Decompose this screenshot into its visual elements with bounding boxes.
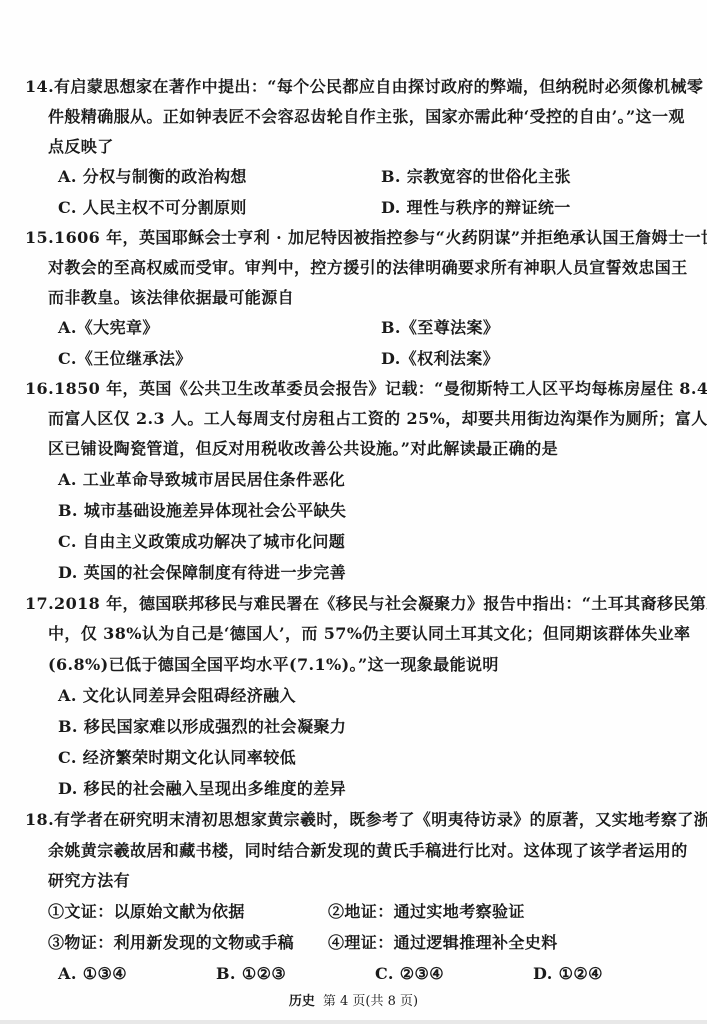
option-a[interactable]: A. 工业革命导致城市居民居住条件恶化 [58, 470, 345, 490]
option-b[interactable]: B. ①②③ [216, 964, 286, 984]
question-stem-line: 15.1606 年，英国耶稣会士亨利 · 加尼特因被指控参与“火药阴谋”并拒绝承… [25, 228, 707, 248]
question-stem-line: (6.8%)已低于德国全国平均水平(7.1%)。”这一现象最能说明 [48, 655, 499, 675]
question-stem-line: 件般精确服从。正如钟表匠不会容忍齿轮自作主张，国家亦需此种‘受控的自由’。”这一… [48, 107, 685, 127]
option-b[interactable]: B. 宗教宽容的世俗化主张 [381, 167, 571, 187]
option-a[interactable]: A. 分权与制衡的政治构想 [58, 167, 247, 187]
option-d[interactable]: D. 移民的社会融入呈现出多维度的差异 [58, 779, 346, 799]
option-c[interactable]: C. ②③④ [375, 964, 444, 984]
option-c[interactable]: C. 自由主义政策成功解决了城市化问题 [58, 532, 345, 552]
question-stem-line: 中，仅 38%认为自己是‘德国人’，而 57%仍主要认同土耳其文化；但同期该群体… [48, 624, 690, 644]
option-b[interactable]: B.《至尊法案》 [381, 318, 499, 338]
page-footer: 历史第 4 页(共 8 页) [0, 994, 707, 1010]
subject-label: 历史 [289, 994, 315, 1009]
question-stem-line: 14.有启蒙思想家在著作中提出：“每个公民都应自由探讨政府的弊端，但纳税时必须像… [25, 77, 703, 97]
option-d[interactable]: D.《权利法案》 [381, 349, 499, 369]
statement-1: ①文证：以原始文献为依据 [48, 902, 245, 922]
question-stem-line: 而非教皇。该法律依据最可能源自 [48, 288, 294, 308]
question-stem-line: 点反映了 [48, 137, 114, 157]
question-stem-line: 而富人区仅 2.3 人。工人每周支付房租占工资的 25%，却要共用街边沟渠作为厕… [48, 409, 707, 429]
exam-page: 14.有启蒙思想家在著作中提出：“每个公民都应自由探讨政府的弊端，但纳税时必须像… [0, 0, 707, 1024]
question-stem-line: 17.2018 年，德国联邦移民与难民署在《移民与社会凝聚力》报告中指出：“土耳… [25, 594, 707, 614]
question-stem-line: 18.有学者在研究明末清初思想家黄宗羲时，既参考了《明夷待访录》的原著，又实地考… [25, 810, 707, 830]
question-stem-line: 对教会的至高权威而受审。审判中，控方援引的法律明确要求所有神职人员宣誓效忠国王 [48, 258, 688, 278]
option-b[interactable]: B. 移民国家难以形成强烈的社会凝聚力 [58, 717, 346, 737]
page-number: 第 4 页(共 8 页) [323, 994, 418, 1009]
option-c[interactable]: C. 人民主权不可分割原则 [58, 198, 247, 218]
option-c[interactable]: C.《王位继承法》 [58, 349, 192, 369]
statement-4: ④理证：通过逻辑推理补全史料 [328, 933, 558, 953]
option-d[interactable]: D. 英国的社会保障制度有待进一步完善 [58, 563, 346, 583]
option-a[interactable]: A. 文化认同差异会阻碍经济融入 [58, 686, 296, 706]
option-a[interactable]: A.《大宪章》 [58, 318, 159, 338]
question-stem-line: 区已铺设陶瓷管道，但反对用税收改善公共设施。”对此解读最正确的是 [48, 439, 558, 459]
option-d[interactable]: D. ①②④ [533, 964, 603, 984]
option-c[interactable]: C. 经济繁荣时期文化认同率较低 [58, 748, 296, 768]
statement-3: ③物证：利用新发现的文物或手稿 [48, 933, 294, 953]
question-stem-line: 16.1850 年，英国《公共卫生改革委员会报告》记载：“曼彻斯特工人区平均每栋… [25, 379, 707, 399]
option-a[interactable]: A. ①③④ [58, 964, 127, 984]
question-stem-line: 余姚黄宗羲故居和藏书楼，同时结合新发现的黄氏手稿进行比对。这体现了该学者运用的 [48, 841, 688, 861]
question-stem-line: 研究方法有 [48, 871, 130, 891]
option-d[interactable]: D. 理性与秩序的辩证统一 [381, 198, 571, 218]
option-b[interactable]: B. 城市基础设施差异体现社会公平缺失 [58, 501, 346, 521]
page-bottom-edge [0, 1020, 707, 1024]
statement-2: ②地证：通过实地考察验证 [328, 902, 525, 922]
